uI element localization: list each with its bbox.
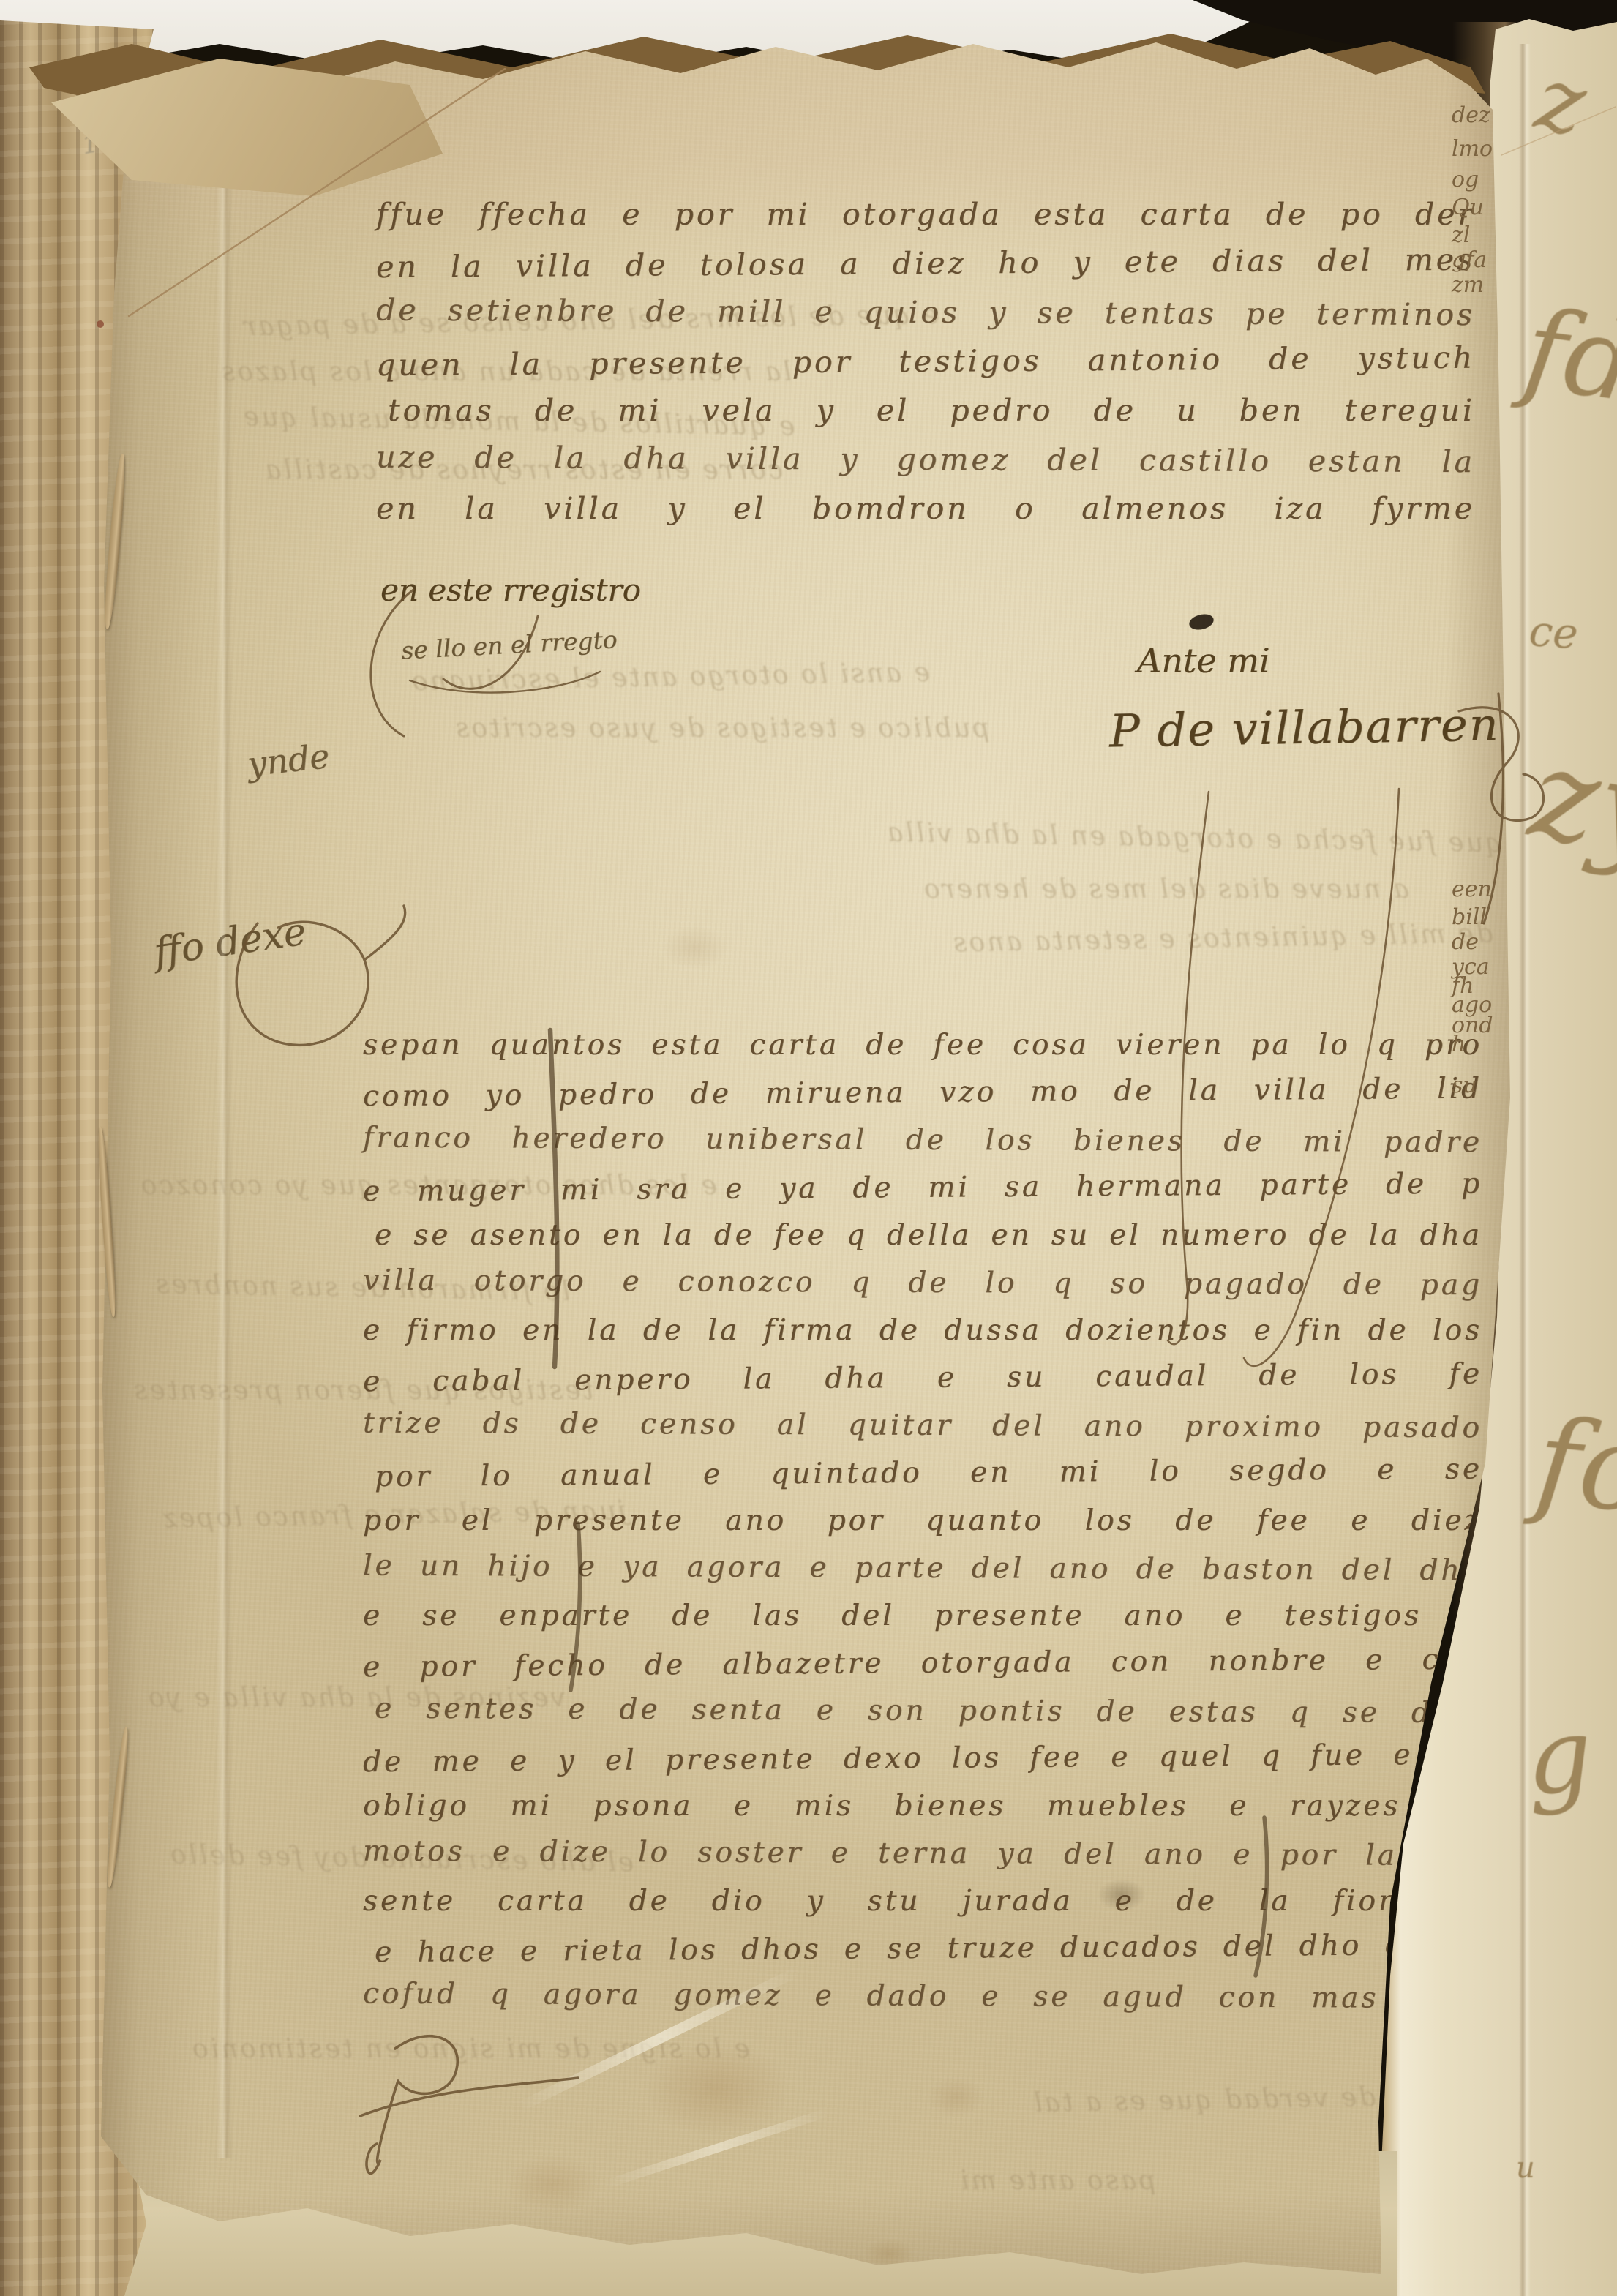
text-line: le un hijo e ya agora e parte del ano de… [363, 1542, 1482, 1595]
closing-paragraph: ffue ffecha e por mi otorgada esta carta… [376, 190, 1475, 533]
text-line: trize ds de censo al quitar del ano prox… [363, 1400, 1482, 1452]
text-line: quen la presente por testigos antonio de… [376, 334, 1475, 390]
folio-ink-fragment: z [1528, 48, 1594, 157]
folio-ink-fragment: ce [1528, 606, 1580, 659]
text-line: por el presente ano por quanto los de fe… [363, 1497, 1482, 1545]
text-line: sente carta de dio y stu jurada e de la … [363, 1877, 1482, 1925]
folio-ink-fragment: fo [1530, 1392, 1617, 1539]
folio-ink-fragment: zy [1520, 721, 1617, 887]
margin-flourish-lower: ffo dexe [151, 910, 309, 975]
text-line: motos e dize lo soster e terna ya del an… [363, 1828, 1482, 1880]
ghost-line: a nueve dias del mes de henero [922, 874, 1409, 904]
text-line: uze de la dha villa y gomez del castillo… [376, 433, 1475, 487]
stain [505, 2155, 600, 2213]
text-line: cofud q agora gomez e dado e se agud con… [363, 1970, 1482, 2023]
text-line: en la villa de tolosa a diez ho y ete di… [376, 236, 1475, 292]
text-line: e se asento en la de fee q della en su e… [363, 1212, 1482, 1259]
margin-flourish-upper: ynde [245, 736, 331, 784]
ghost-line: de mill e quinientos e setenta anos [951, 919, 1493, 958]
text-line: e firmo en la de la firma de dussa dozie… [363, 1307, 1482, 1354]
text-line: e sentes e de senta e son pontis de esta… [363, 1685, 1482, 1738]
folio-ink-fragment: fd [1517, 285, 1617, 427]
ghost-line: publico e testigos de yuso escritos [454, 713, 989, 743]
edge-fragment: og [1452, 167, 1479, 192]
edge-fragment: zl [1452, 222, 1470, 248]
edge-fragment: de [1452, 929, 1479, 955]
text-line: ffue ffecha e por mi otorgada esta carta… [376, 190, 1475, 239]
folio-ink-fragment: g [1522, 1695, 1596, 1819]
edge-fragment: dez [1452, 102, 1490, 128]
edge-fragment: Qu [1452, 195, 1484, 220]
stain [662, 926, 728, 969]
ante-mi-label: Ante mi [1137, 641, 1270, 680]
text-line: e muger mi sra e ya de mi sa hermana par… [363, 1160, 1482, 1216]
text-line: e hace e rieta los dhos e se truze ducad… [363, 1921, 1482, 1977]
text-line: e por fecho de albazetre otorgada con no… [363, 1636, 1482, 1692]
main-leaf: e que de los mrs del dho censo se a de p… [95, 29, 1515, 2290]
body-paragraph: sepan quantos esta carta de fee cosa vie… [363, 1021, 1482, 2020]
text-line: de me e y el presente dexo los fee e que… [363, 1731, 1482, 1787]
folio-ink-fragment: u [1516, 2151, 1535, 2185]
ghost-line: e ansi lo otorgo ante el escriuano [410, 658, 931, 697]
text-line: obligo mi psona e mis bienes muebles e r… [363, 1782, 1482, 1830]
ghost-line: paso ante mi [958, 2166, 1156, 2196]
text-line: e se enparte de las del presente ano e t… [363, 1592, 1482, 1640]
stain [644, 2041, 790, 2136]
text-line: sepan quantos esta carta de fee cosa vie… [363, 1021, 1482, 1069]
edge-fragment: gfa [1452, 247, 1487, 273]
edge-fragment: su [1452, 1073, 1477, 1098]
text-line: tomas de mi vela y el pedro de u ben ter… [376, 386, 1475, 435]
attestation-line: se llo en el rregto [400, 625, 618, 664]
manuscript-scan: z fd ce zy fo g u 10 e que de los mrs de… [0, 0, 1617, 2296]
stain [1098, 1879, 1146, 1911]
edge-fragment: h [1452, 1032, 1466, 1057]
edge-fragment: lmo [1452, 136, 1493, 162]
ghost-line: que fue fecha e otorgada en la dha villa [885, 818, 1503, 859]
text-line: como yo pedro de miruena vzo mo de la vi… [363, 1065, 1482, 1121]
ghost-line: de verdad que es a tal [1032, 2082, 1376, 2118]
text-line: villa otorgo e conozco q de lo q so paga… [363, 1257, 1482, 1310]
edge-fragment: zm [1452, 272, 1484, 298]
registro-line: en este rregistro [380, 572, 641, 608]
text-line: en la villa y el bomdron o almenos iza f… [376, 484, 1475, 533]
edge-fragment: een [1452, 877, 1492, 902]
notary-signature: P de villabarren [1108, 697, 1500, 757]
text-line: e cabal enpero la dha e su caudal de los… [363, 1351, 1482, 1406]
text-line: franco heredero unibersal de los bienes … [363, 1114, 1482, 1167]
edge-fragment: bill [1452, 904, 1487, 930]
text-line: por lo anual e quintado en mi lo segdo e… [363, 1446, 1482, 1501]
stain [926, 2076, 985, 2117]
text-line: de setienbre de mill e quios y se tentas… [376, 286, 1475, 340]
